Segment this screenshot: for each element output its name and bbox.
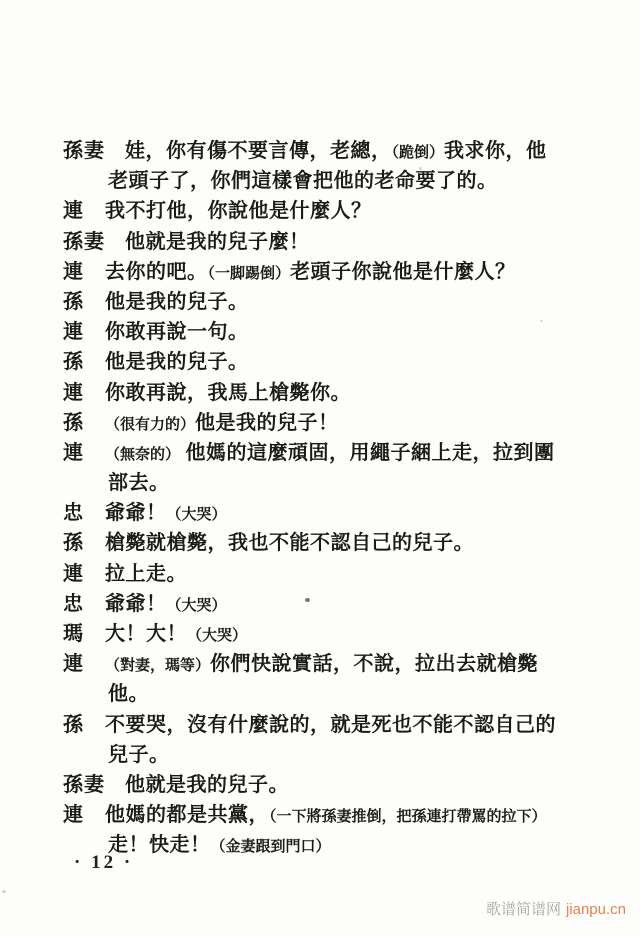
dialogue-text: （很有力的）他是我的兒子！ <box>105 412 339 434</box>
stage-direction: （金妻跟到門口） <box>211 839 331 855</box>
dialogue-text: 娃，你有傷不要言傳，老總，（跪倒）我求你，他 <box>125 140 547 162</box>
script-line: 孫妻娃，你有傷不要言傳，老總，（跪倒）我求你，他 <box>63 136 578 166</box>
speaker-name: 孫 <box>63 287 85 317</box>
stage-direction: （大哭） <box>187 628 247 644</box>
script-line: 孫（很有力的）他是我的兒子！ <box>63 408 578 438</box>
speaker-name: 連 <box>63 196 85 226</box>
speaker-name: 連 <box>63 800 85 830</box>
dialogue-text: 你敢再說一句。 <box>105 321 249 343</box>
dialogue-text: 他就是我的兒子。 <box>125 774 289 796</box>
dialogue-segment: 他媽的這麼頑固，用繩子綑上走，拉到團 <box>180 442 555 464</box>
dialogue-text: 拉上走。 <box>105 563 187 585</box>
script-line: 連去你的吧。（一脚踢倒）老頭子你說他是什麼人？ <box>63 257 578 287</box>
dialogue-segment: 他是我的兒子。 <box>105 351 249 373</box>
watermark-site-name: 歌谱简谱网 <box>486 901 561 918</box>
dialogue-segment: 他是我的兒子。 <box>105 291 249 313</box>
script-line: 孫他是我的兒子。 <box>63 287 578 317</box>
script-line: 連（對妻，瑪等）你們快說實話，不說，拉出去就槍斃 <box>63 649 578 679</box>
ink-speck <box>540 320 543 322</box>
script-line: 連拉上走。 <box>63 559 578 589</box>
speaker-name: 連 <box>63 378 85 408</box>
dialogue-text: 不要哭，沒有什麼說的，就是死也不能不認自己的 <box>105 714 556 736</box>
stage-direction: （大哭） <box>167 598 227 614</box>
dialogue-segment: 不要哭，沒有什麼說的，就是死也不能不認自己的 <box>105 714 556 736</box>
dialogue-segment: 我求你，他 <box>444 140 547 162</box>
dialogue-segment: 老頭子你說他是什麼人？ <box>290 261 516 283</box>
dialogue-text: （對妻，瑪等）你們快說實話，不說，拉出去就槍斃 <box>105 653 538 675</box>
script-line: 瑪大！大！（大哭） <box>63 619 578 649</box>
speaker-name: 連 <box>63 438 85 468</box>
dialogue-segment: 爺爺！ <box>105 593 167 615</box>
book-page: 孫妻娃，你有傷不要言傳，老總，（跪倒）我求你，他老頭子了，你們這樣會把他的老命要… <box>0 0 640 936</box>
script-dialogue-block: 孫妻娃，你有傷不要言傳，老總，（跪倒）我求你，他老頭子了，你們這樣會把他的老命要… <box>63 136 578 861</box>
dialogue-text: 我不打他，你說他是什麼人？ <box>105 200 372 222</box>
dialogue-segment: 娃，你有傷不要言傳，老總， <box>125 140 392 162</box>
dialogue-segment: 部去。 <box>108 472 170 494</box>
script-line-continuation: 他。 <box>63 679 578 709</box>
stage-direction: （無奈的） <box>105 447 180 463</box>
dialogue-segment: 拉上走。 <box>105 563 187 585</box>
speaker-name: 連 <box>63 317 85 347</box>
speaker-name: 孫妻 <box>63 770 105 800</box>
dialogue-text: 他是我的兒子。 <box>105 351 249 373</box>
page-number: · 12 · <box>74 852 133 874</box>
dialogue-text: 他是我的兒子。 <box>105 291 249 313</box>
watermark: 歌谱简谱网jianpu.cn <box>486 898 626 919</box>
speaker-name: 孫妻 <box>63 227 105 257</box>
script-line: 連（無奈的） 他媽的這麼頑固，用繩子綑上走，拉到團 <box>63 438 578 468</box>
dialogue-segment: 老頭子了，你們這樣會把他的老命要了的。 <box>108 170 498 192</box>
stage-direction: （大哭） <box>167 507 227 523</box>
script-line: 連你敢再說，我馬上槍斃你。 <box>63 378 578 408</box>
script-line-continuation: 部去。 <box>63 468 578 498</box>
dialogue-text: 你敢再說，我馬上槍斃你。 <box>105 382 351 404</box>
speaker-name: 孫 <box>63 528 85 558</box>
dialogue-segment: 我不打他，你說他是什麼人？ <box>105 200 372 222</box>
dialogue-text: 兒子。 <box>108 744 170 766</box>
dialogue-segment: 他媽的都是共黨， <box>105 804 269 826</box>
ink-speck <box>419 167 422 170</box>
stage-direction: （對妻，瑪等） <box>105 658 210 674</box>
script-line: 忠爺爺！（大哭） <box>63 498 578 528</box>
speaker-name: 忠 <box>63 589 85 619</box>
speaker-name: 連 <box>63 257 85 287</box>
dialogue-text: 爺爺！（大哭） <box>105 593 227 615</box>
dialogue-text: 他。 <box>108 683 149 705</box>
dialogue-segment: 大！大！ <box>105 623 187 645</box>
stage-direction: （一脚踢倒） <box>208 266 291 282</box>
dialogue-text: 大！大！（大哭） <box>105 623 247 645</box>
dialogue-text: 老頭子了，你們這樣會把他的老命要了的。 <box>108 170 498 192</box>
dialogue-segment: 你敢再說，我馬上槍斃你。 <box>105 382 351 404</box>
dialogue-segment: 他是我的兒子！ <box>195 412 339 434</box>
script-line-continuation: 兒子。 <box>63 740 578 770</box>
speaker-name: 連 <box>63 649 85 679</box>
script-line-continuation: 老頭子了，你們這樣會把他的老命要了的。 <box>63 166 578 196</box>
dialogue-segment: 爺爺！ <box>105 502 167 524</box>
script-line: 孫不要哭，沒有什麼說的，就是死也不能不認自己的 <box>63 710 578 740</box>
dialogue-segment: 去你的吧。 <box>105 261 208 283</box>
dialogue-segment: 他就是我的兒子。 <box>125 774 289 796</box>
watermark-site-url-link[interactable]: jianpu.cn <box>566 901 626 918</box>
ink-speck <box>305 598 310 602</box>
script-line: 孫槍斃就槍斃，我也不能不認自己的兒子。 <box>63 528 578 558</box>
stage-direction: （一下將孫妻推倒，把孫連打帶罵的拉下） <box>269 809 547 825</box>
script-line: 孫妻他就是我的兒子。 <box>63 770 578 800</box>
ink-speck <box>2 890 6 893</box>
dialogue-segment: 槍斃就槍斃，我也不能不認自己的兒子。 <box>105 532 474 554</box>
dialogue-text: 走！快走！（金妻跟到門口） <box>108 834 331 856</box>
stage-direction: （很有力的） <box>105 417 195 433</box>
dialogue-segment: 你們快說實話，不說，拉出去就槍斃 <box>210 653 538 675</box>
script-line-continuation: 走！快走！（金妻跟到門口） <box>63 830 578 860</box>
speaker-name: 孫 <box>63 710 85 740</box>
dialogue-text: 他就是我的兒子麼！ <box>125 231 310 253</box>
dialogue-segment: 他就是我的兒子麼！ <box>125 231 310 253</box>
speaker-name: 孫妻 <box>63 136 105 166</box>
script-line: 孫他是我的兒子。 <box>63 347 578 377</box>
dialogue-text: 部去。 <box>108 472 170 494</box>
script-line: 孫妻他就是我的兒子麼！ <box>63 227 578 257</box>
dialogue-text: （無奈的） 他媽的這麼頑固，用繩子綑上走，拉到團 <box>105 442 555 464</box>
dialogue-text: 去你的吧。（一脚踢倒）老頭子你說他是什麼人？ <box>105 261 516 283</box>
speaker-name: 瑪 <box>63 619 85 649</box>
speaker-name: 連 <box>63 559 85 589</box>
speaker-name: 忠 <box>63 498 85 528</box>
dialogue-segment: 兒子。 <box>108 744 170 766</box>
script-line: 忠爺爺！（大哭） <box>63 589 578 619</box>
speaker-name: 孫 <box>63 347 85 377</box>
script-line: 連我不打他，你說他是什麼人？ <box>63 196 578 226</box>
stage-direction: （跪倒） <box>392 145 445 161</box>
dialogue-segment: 你敢再說一句。 <box>105 321 249 343</box>
dialogue-text: 爺爺！（大哭） <box>105 502 227 524</box>
script-line: 連你敢再說一句。 <box>63 317 578 347</box>
speaker-name: 孫 <box>63 408 85 438</box>
dialogue-segment: 他。 <box>108 683 149 705</box>
dialogue-text: 他媽的都是共黨，（一下將孫妻推倒，把孫連打帶罵的拉下） <box>105 804 547 826</box>
dialogue-text: 槍斃就槍斃，我也不能不認自己的兒子。 <box>105 532 474 554</box>
script-line: 連他媽的都是共黨，（一下將孫妻推倒，把孫連打帶罵的拉下） <box>63 800 578 830</box>
